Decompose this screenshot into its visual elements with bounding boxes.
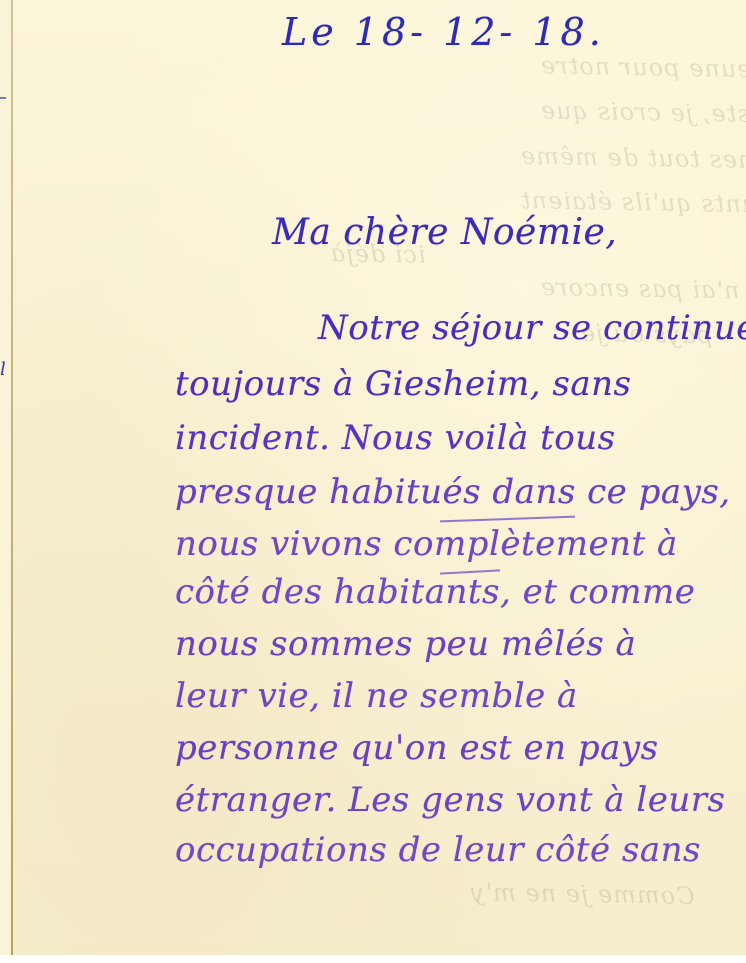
letter-line: nous sommes peu mêlés à xyxy=(175,624,636,664)
letter-date: Le 18- 12- 18. xyxy=(282,10,605,54)
scan-bottom-border xyxy=(0,955,746,963)
letter-page: paraître bien jeune pour notre présence.… xyxy=(0,0,746,955)
letter-salutation: Ma chère Noémie, xyxy=(272,212,617,253)
letter-line: leur vie, il ne semble à xyxy=(175,676,578,716)
margin-tick xyxy=(0,97,6,99)
letter-line: personne qu'on est en pays xyxy=(175,728,659,768)
show-through-text: je n'ai pas encore xyxy=(540,273,746,305)
paper-edge-line xyxy=(11,0,13,955)
letter-line: Notre séjour se continue xyxy=(318,308,746,348)
show-through-text: nous sommes tout de même xyxy=(520,142,746,176)
letter-line: côté des habitants, et comme xyxy=(175,572,695,612)
margin-mark: l xyxy=(0,360,9,380)
letter-line: incident. Nous voilà tous xyxy=(175,418,616,458)
letter-line: occupations de leur côté sans xyxy=(175,830,701,870)
t-cross-stroke xyxy=(440,516,575,523)
show-through-text: Comme je ne m'y xyxy=(470,878,695,910)
letter-line: toujours à Giesheim, sans xyxy=(175,364,631,404)
letter-line: presque habitués dans ce pays, xyxy=(175,472,731,512)
show-through-text: présence. Du reste, je crois que xyxy=(540,96,746,131)
letter-line: nous vivons complètement à xyxy=(175,524,678,564)
show-through-text: paraître bien jeune pour notre xyxy=(540,52,746,87)
letter-line: étranger. Les gens vont à leurs xyxy=(175,780,725,820)
